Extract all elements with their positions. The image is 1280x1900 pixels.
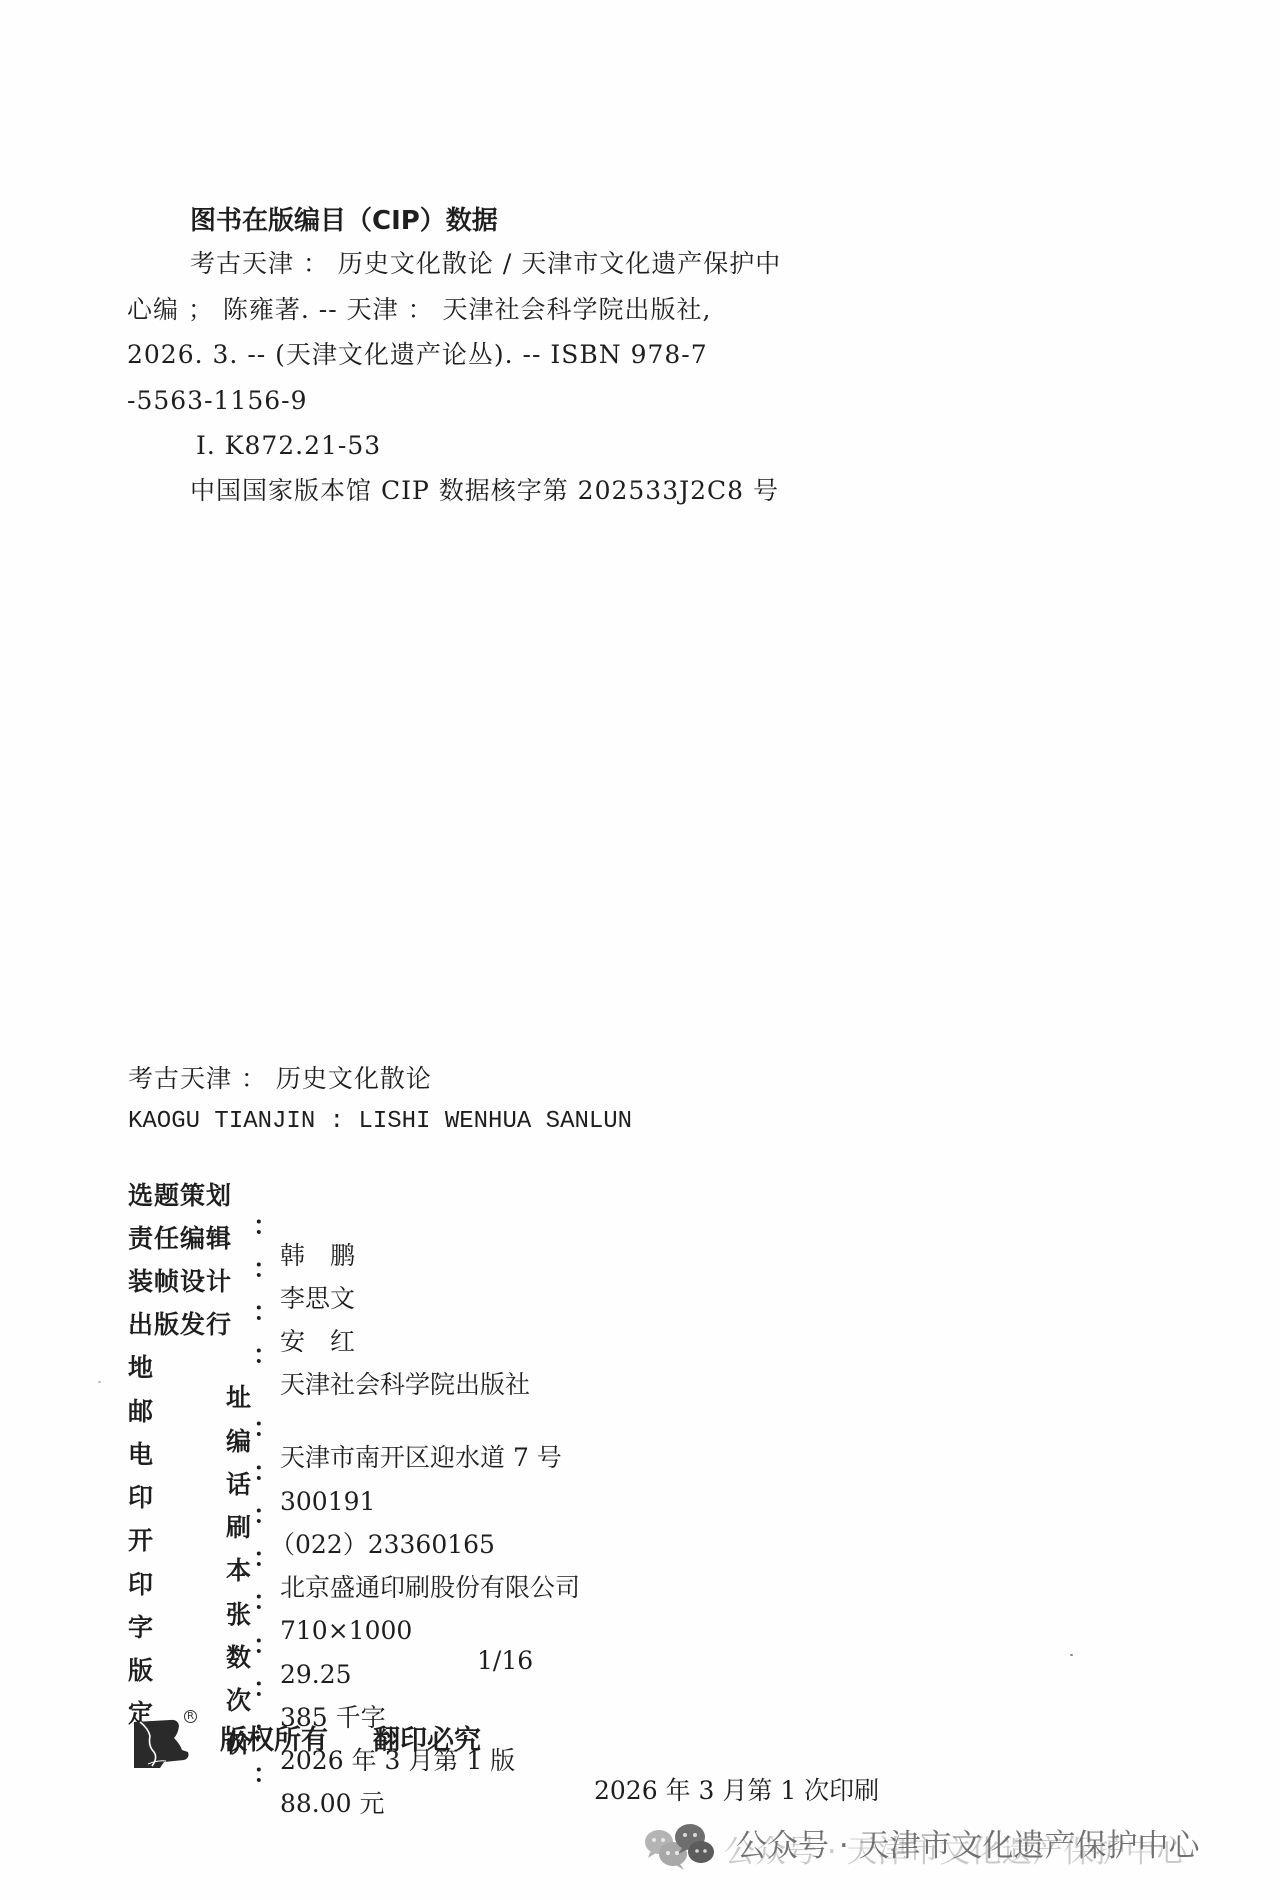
watermark-text: 公众号 · 天津市文化遗产保护中心 — [736, 1826, 1200, 1866]
wechat-watermark: 公众号 · 天津市文化遗产保护中心 公众号 · 天津市文化遗产保护中心 — [644, 1820, 1264, 1880]
field-price: 定 价 ： 88.00 元 — [128, 1669, 1028, 1699]
field-printer: 印 刷 ： 北京盛通印刷股份有限公司 — [128, 1453, 1028, 1483]
cip-line-1: 考古天津 ： 历史文化散论 / 天津市文化遗产保护中 — [190, 249, 781, 279]
cip-title: 图书在版编目（CIP）数据 — [190, 206, 498, 236]
field-printed-sheets: 印 张 ： 29.25 — [128, 1540, 1028, 1570]
registered-mark-icon: R — [184, 1710, 197, 1723]
field-phone: 电 话 ： （022）23360165 — [128, 1410, 1028, 1440]
book-copyright-page: 图书在版编目（CIP）数据 考古天津 ： 历史文化散论 / 天津市文化遗产保护中… — [0, 0, 1280, 1900]
copyright-notice: R 版权所有 翻印必究 — [134, 1712, 534, 1772]
cip-line-2: 心编 ； 陈雍著. -- 天津 ： 天津社会科学院出版社, — [127, 295, 711, 325]
field-postal-code: 邮 编 ： 300191 — [128, 1367, 1028, 1397]
cip-line-3: 2026. 3. -- (天津文化遗产论丛). -- ISBN 978-7 — [127, 340, 708, 370]
field-format: 开 本 ： 710×1000 1/16 — [128, 1496, 1028, 1526]
rights-reserved-text: 版权所有 — [220, 1725, 328, 1757]
field-value: 88.00 元 — [280, 1789, 385, 1819]
field-edition: 版 次 ： 2026 年 3 月第 1 版 2026 年 3 月第 1 次印刷 — [128, 1626, 1028, 1656]
field-cover-design: 装帧设计 ： 安 红 — [128, 1237, 1028, 1267]
scan-speck — [98, 1381, 101, 1383]
publisher-logo-icon — [134, 1716, 190, 1768]
scan-speck — [1070, 1654, 1073, 1656]
book-title-cn: 考古天津 ： 历史文化散论 — [128, 1064, 432, 1094]
field-value-secondary: 2026 年 3 月第 1 次印刷 — [594, 1776, 879, 1806]
cip-line-4: -5563-1156-9 — [127, 386, 308, 416]
field-publisher: 出版发行 ： 天津社会科学院出版社 — [128, 1280, 1028, 1310]
cip-classification: Ⅰ. K872.21-53 — [196, 431, 381, 461]
cip-approval-number: 中国国家版本馆 CIP 数据核字第 202533J2C8 号 — [190, 476, 779, 506]
book-title-pinyin: KAOGU TIANJIN : LISHI WENHUA SANLUN — [128, 1107, 632, 1137]
field-word-count: 字 数 ： 385 千字 — [128, 1583, 1028, 1613]
field-address: 地 址 ： 天津市南开区迎水道 7 号 — [128, 1323, 1028, 1353]
piracy-warning-text: 翻印必究 — [373, 1725, 481, 1757]
field-responsible-editor: 责任编辑 ： 李思文 — [128, 1194, 1028, 1224]
field-topic-planner: 选题策划 ： 韩 鹏 — [128, 1151, 1028, 1181]
wechat-icon — [644, 1822, 724, 1872]
